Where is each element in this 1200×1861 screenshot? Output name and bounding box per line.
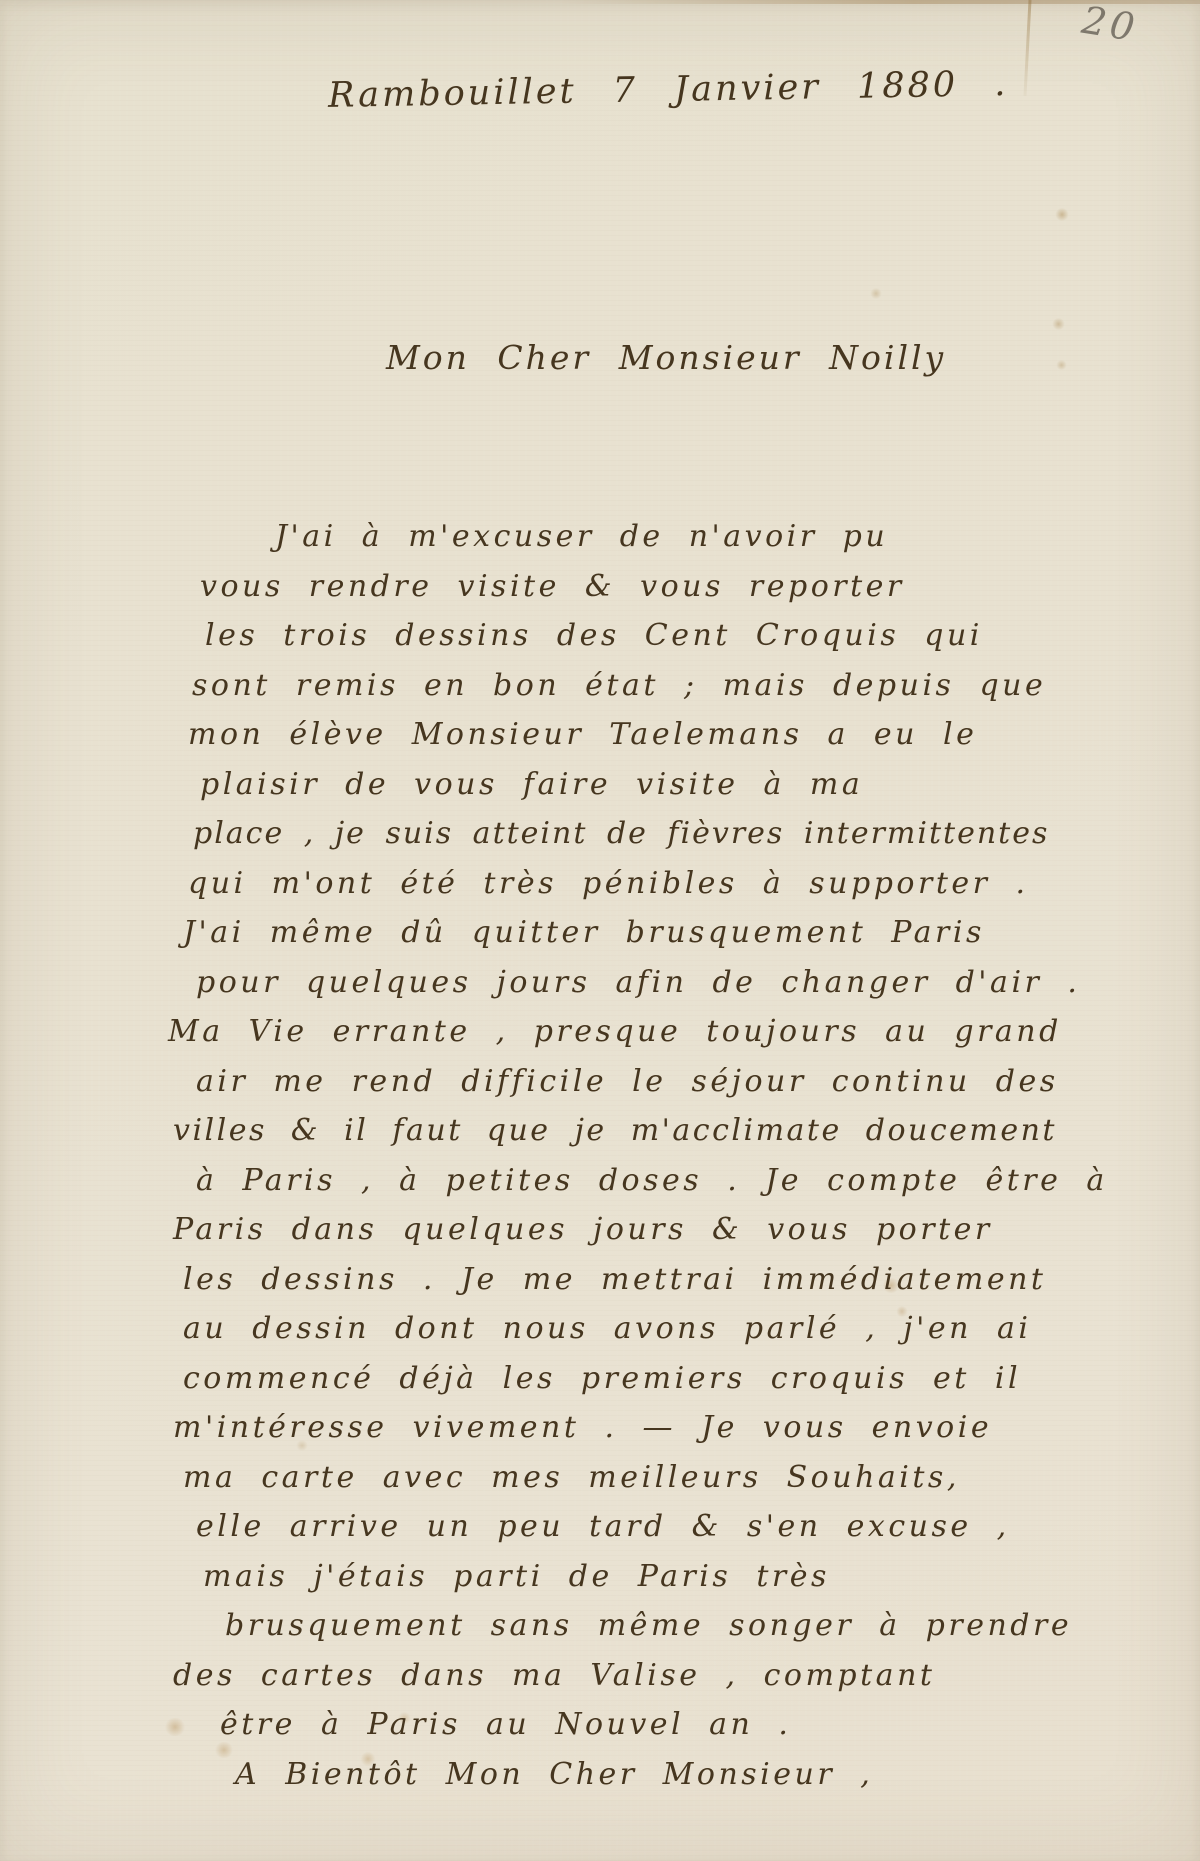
letter-page: 20 Rambouillet 7 Janvier 1880 . Mon Cher… <box>0 0 1200 1861</box>
letter-line: des cartes dans ma Valise , comptant <box>173 1651 1200 1701</box>
letter-line: vous rendre visite & vous reporter <box>200 562 1200 612</box>
fold-crease <box>1023 0 1031 96</box>
letter-line: plaisir de vous faire visite à ma <box>200 760 1200 810</box>
letter-line: au dessin dont nous avons parlé , j'en a… <box>183 1304 1200 1354</box>
letter-line: air me rend difficile le séjour continu … <box>196 1057 1200 1107</box>
letter-line: sont remis en bon état ; mais depuis que <box>192 661 1200 711</box>
letter-line: mais j'étais parti de Paris très <box>203 1552 1200 1602</box>
letter-body: J'ai à m'excuser de n'avoir pu vous rend… <box>0 512 1200 1799</box>
letter-line: brusquement sans même songer à prendre <box>225 1601 1200 1651</box>
letter-line: les trois dessins des Cent Croquis qui <box>205 611 1200 661</box>
letter-line: à Paris , à petites doses . Je compte êt… <box>196 1156 1200 1206</box>
fox-stain <box>870 288 882 299</box>
page-number-annotation: 20 <box>1079 0 1142 50</box>
letter-line: être à Paris au Nouvel an . <box>220 1700 1200 1750</box>
letter-line: qui m'ont été très pénibles à supporter … <box>188 859 1200 909</box>
letter-line: elle arrive un peu tard & s'en excuse , <box>196 1502 1200 1552</box>
salutation: Mon Cher Monsieur Noilly <box>386 338 946 377</box>
letter-line: pour quelques jours afin de changer d'ai… <box>196 958 1200 1008</box>
letter-line: J'ai même dû quitter brusquement Paris <box>183 908 1200 958</box>
fox-stain <box>1055 208 1069 221</box>
letter-line: place , je suis atteint de fièvres inter… <box>193 809 1200 859</box>
dateline: Rambouillet 7 Janvier 1880 . <box>328 64 1009 116</box>
letter-line: commencé déjà les premiers croquis et il <box>183 1354 1200 1404</box>
letter-line: J'ai à m'excuser de n'avoir pu <box>275 512 1200 562</box>
letter-line: Paris dans quelques jours & vous porter <box>173 1205 1200 1255</box>
letter-line: Ma Vie errante , presque toujours au gra… <box>168 1007 1200 1057</box>
letter-line: les dessins . Je me mettrai immédiatemen… <box>183 1255 1200 1305</box>
letter-line: A Bientôt Mon Cher Monsieur , <box>235 1750 1200 1800</box>
fox-stain <box>1056 360 1067 370</box>
letter-line: mon élève Monsieur Taelemans a eu le <box>188 710 1200 760</box>
fox-stain <box>1052 318 1065 330</box>
letter-line: m'intéresse vivement . — Je vous envoie <box>173 1403 1200 1453</box>
letter-line: ma carte avec mes meilleurs Souhaits, <box>183 1453 1200 1503</box>
letter-line: villes & il faut que je m'acclimate douc… <box>173 1106 1200 1156</box>
